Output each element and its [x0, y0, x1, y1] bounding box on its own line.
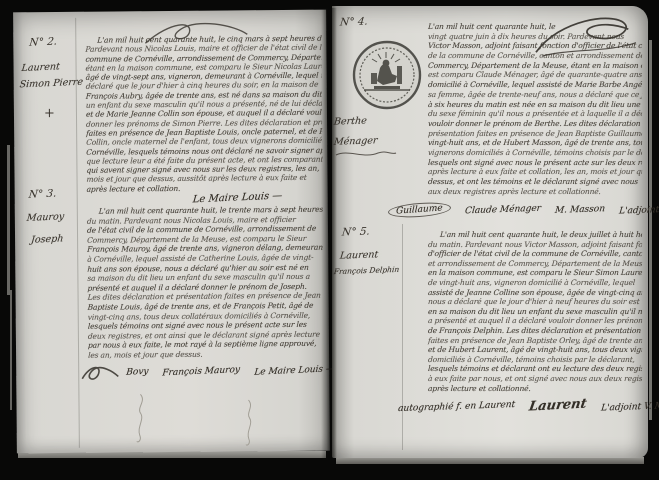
handwriting-line: L'an mil huit cent quarante huit, le deu…: [428, 230, 643, 240]
handwriting-line: domicilié à Cornéville, lequel assisté d…: [428, 80, 643, 90]
signature: Guillaume: [388, 201, 451, 219]
handwriting-line: après lecture et collationné.: [428, 384, 643, 394]
signature: Bovy: [126, 367, 149, 378]
right-page: N° 4. Berthe Ménager: [332, 6, 648, 458]
page-edge-sliver: [10, 290, 12, 410]
handwriting-line: dessus, et ont les témoins et le déclara…: [428, 177, 643, 187]
handwriting-line: à eux faite par nous, et ont signé avec …: [428, 374, 643, 384]
act-3-text: L'an mil huit cent quarante huit, le tre…: [87, 205, 324, 361]
fold-crease-line: [402, 224, 403, 450]
fiscal-seal-icon: [350, 38, 424, 112]
handwriting-line: vingt-huit ans, et de Hubert Masson, âgé…: [428, 138, 643, 148]
margin-given-name: Simon Pierre: [19, 77, 83, 91]
act-2-text: L'an mil huit cent quarante huit, le cin…: [85, 34, 322, 194]
underline-flourish-icon: [334, 149, 398, 158]
margin-given-name: Berthe: [333, 115, 367, 127]
handwriting-line: assisté de Jeanne Colline son épouse, âg…: [428, 288, 643, 298]
act-number-margin: N° 4.: [339, 16, 368, 29]
handwriting-line: domiciliés à Cornéville, témoins choisis…: [428, 355, 643, 365]
handwriting-line: de François Delphin. Les dites déclarati…: [428, 326, 643, 336]
handwriting-line: d'officier de l'état civil de la commune…: [428, 249, 643, 259]
handwriting-line: et de Hubert Laurent, âgé de vingt-huit …: [428, 345, 643, 355]
page-edge-sliver: [649, 40, 652, 420]
signature: L'adjoint V. Masson: [618, 203, 659, 216]
handwriting-line: sa femme, âgée de trente-neuf ans, nous …: [428, 90, 643, 100]
signature: L'adjoint V. Masson: [600, 400, 659, 413]
page-edge-sliver: [7, 145, 10, 295]
signature: François Mauroy: [162, 365, 241, 378]
left-page: N° 2. Laurent Simon Pierre + L'an mil hu…: [13, 10, 330, 454]
handwriting-line: après lecture et collation.: [86, 182, 323, 193]
handwriting-line: nous a déclaré que le jour d'hier à neuf…: [428, 297, 643, 307]
act-4-text: L'an mil huit cent quarante huit, leving…: [428, 22, 642, 196]
photographed-register-background: N° 2. Laurent Simon Pierre + L'an mil hu…: [0, 0, 659, 480]
act-number-margin: N° 5.: [341, 226, 370, 239]
margin-given-name: François Delphin: [333, 265, 399, 276]
act-5-text: L'an mil huit cent quarante huit, le deu…: [428, 230, 642, 393]
handwriting-line: en sa maison du dit lieu un enfant du se…: [428, 307, 643, 317]
pencil-mark-icon: [128, 391, 148, 446]
margin-cross-mark: +: [44, 106, 55, 121]
handwriting-line: lesquels témoins et déclarant ont eu lec…: [428, 364, 643, 374]
handwriting-line: après lecture à eux faite et collation, …: [428, 167, 643, 177]
page-stack-edge: [336, 457, 644, 464]
signature: M. Masson: [554, 204, 605, 216]
margin-surname: Ménager: [333, 135, 378, 148]
signature: autographié f. en Laurent: [398, 400, 516, 414]
act-number-margin: N° 3.: [28, 188, 57, 201]
handwriting-line: vouloir donner le prénom de Berthe. Les …: [428, 119, 643, 129]
handwriting-line: de la commune de Cornéville, canton et a…: [428, 51, 643, 61]
signature: Claude Ménager: [464, 204, 541, 217]
margin-surname: Mauroy: [26, 211, 64, 224]
handwriting-line: Victor Masson, adjoint faisant fonction …: [428, 41, 643, 51]
handwriting-line: L'an mil huit cent quarante huit, le: [428, 22, 643, 32]
signatures-row: BovyFrançois MauroyLe Maire Louis —: [126, 366, 335, 378]
handwriting-line: lesquels ont signé avec nous le présent …: [428, 158, 643, 168]
handwriting-line: vignerons domiciliés à Cornéville, témoi…: [428, 148, 643, 158]
handwriting-line: et arrondissement de Commercy, Départeme…: [428, 259, 643, 269]
handwriting-line: a présenté et auquel il a déclaré vouloi…: [428, 316, 643, 326]
signatures-row: GuillaumeClaude MénagerM. MassonL'adjoin…: [388, 203, 659, 217]
margin-surname: Laurent: [339, 249, 379, 261]
handwriting-line: faites en présence de Jean Baptiste Orle…: [428, 336, 643, 346]
handwriting-line: vingt quatre juin à dix heures du soir. …: [428, 32, 643, 42]
signatures-row: autographié f. en LaurentLaurentL'adjoin…: [398, 398, 659, 413]
handwriting-line: à six heures du matin est née en sa mais…: [428, 100, 643, 110]
handwriting-line: Commercy, Département de la Meuse, étant…: [428, 61, 643, 71]
handwriting-line: du sexe féminin qu'il nous a présentée e…: [428, 109, 643, 119]
signature: Laurent: [528, 396, 588, 414]
handwriting-line: présentation faites en présence de Jean …: [428, 129, 643, 139]
handwriting-line: est comparu Claude Ménager, âgé de quara…: [428, 70, 643, 80]
margin-given-name: Joseph: [30, 233, 63, 245]
handwriting-line: les an, mois et jour que dessus.: [88, 349, 325, 361]
handwriting-line: aux deux registres après lecture et coll…: [428, 187, 643, 197]
book-gutter-shadow: [321, 8, 337, 460]
margin-surname: Laurent: [21, 61, 60, 74]
signature-paraph-icon: [80, 362, 120, 384]
handwriting-line: du matin. Pardevant nous Victor Masson, …: [428, 240, 643, 250]
handwriting-line: de vingt-huit ans, vigneron domicilié à …: [428, 278, 643, 288]
act-number-margin: N° 2.: [29, 36, 58, 49]
handwriting-line: en la maison commune, est comparu le Sie…: [428, 268, 643, 278]
pencil-mark-icon: [238, 396, 258, 448]
